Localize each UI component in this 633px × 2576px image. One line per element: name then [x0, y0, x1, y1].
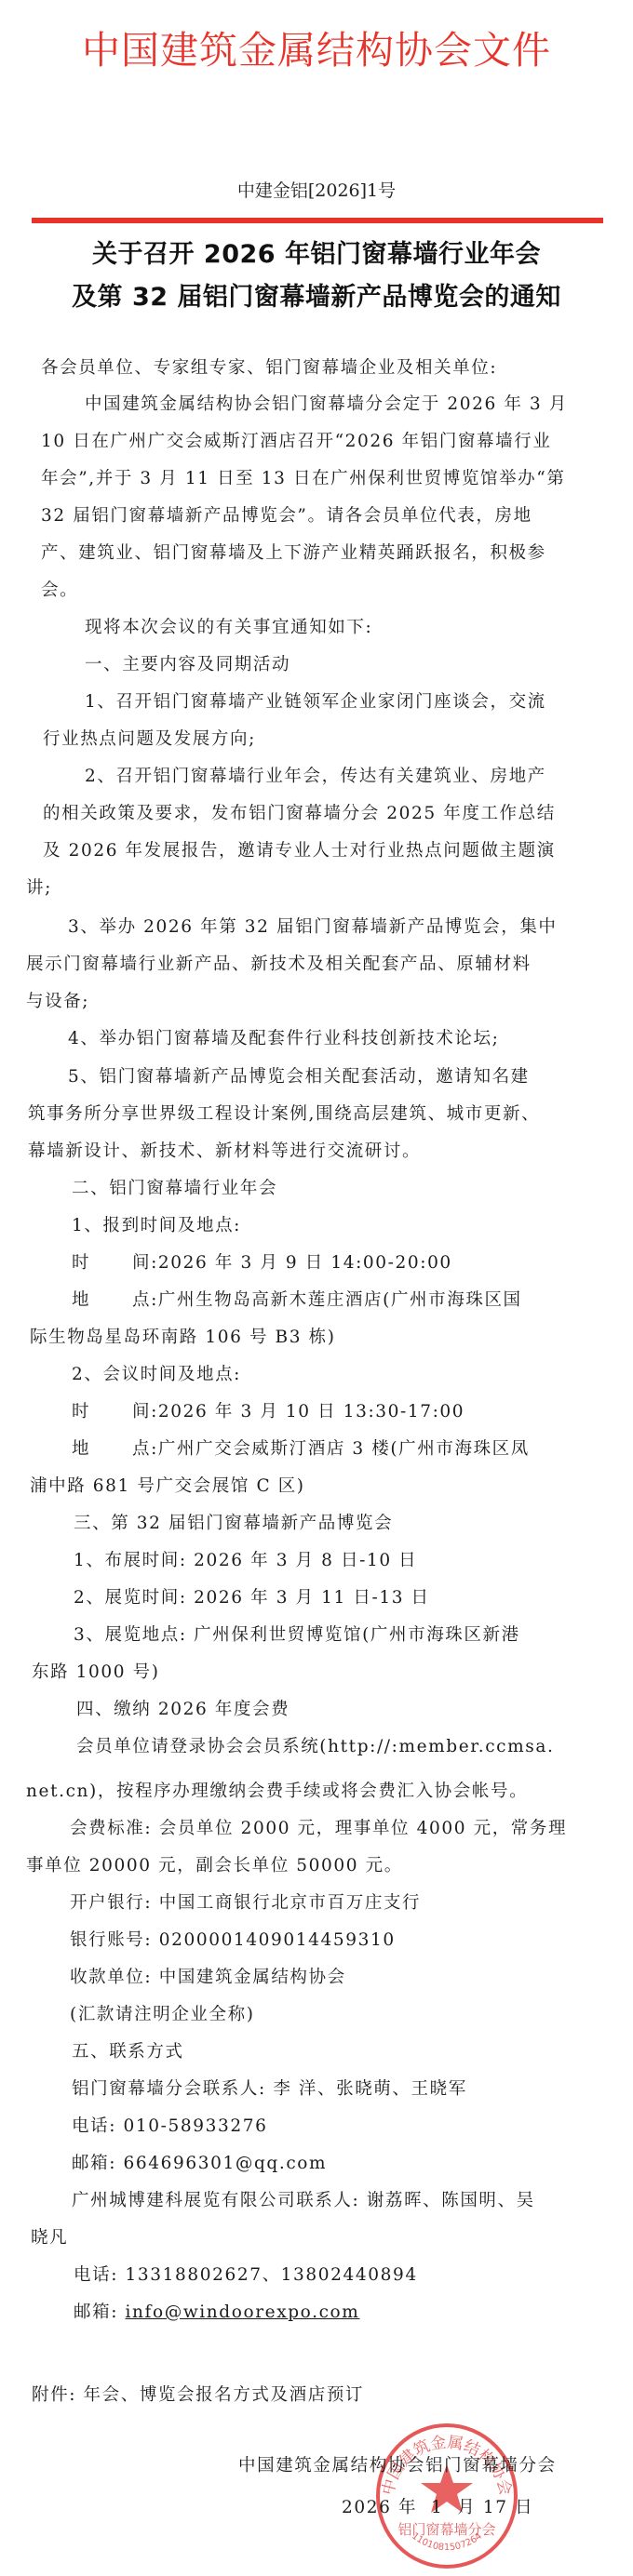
- branch-email: 邮箱: 664696301@qq.com: [72, 2150, 327, 2174]
- registration-heading: 1、报到时间及地点:: [72, 1212, 241, 1236]
- branch-email-address: 664696301@qq.com: [124, 2154, 328, 2173]
- remittance-note: (汇款请注明企业全称): [70, 2001, 255, 2025]
- intro-line: 会。: [41, 577, 78, 601]
- salutation: 各会员单位、专家组专家、铝门窗幕墙企业及相关单位:: [41, 354, 497, 379]
- member-login-line-cont: net.cn)，按程序办理缴纳会费手续或将会费汇入协会帐号。: [26, 1778, 528, 1802]
- registration-place: 地 点:广州生物岛高新木莲庄酒店(广州市海珠区国: [72, 1287, 522, 1311]
- label: 邮箱:: [74, 2302, 126, 2322]
- notice-lead: 现将本次会议的有关事宜通知如下:: [85, 614, 372, 638]
- section-4-heading: 四、缴纳 2026 年度会费: [76, 1696, 290, 1720]
- section-1-item-1: 1、召开铝门窗幕墙产业链领军企业家闭门座谈会，交流: [85, 688, 546, 713]
- member-login-line: 会员单位请登录协会会员系统(http://:member.ccmsa.: [76, 1733, 554, 1757]
- section-1-item-2-cont: 及 2026 年发展报告，邀请专业人士对行业热点问题做主题演: [43, 837, 556, 861]
- intro-line: 产、建筑业、铝门窗幕墙及上下游产业精英踊跃报名，积极参: [41, 540, 546, 564]
- section-3-heading: 三、第 32 届铝门窗幕墙新产品博览会: [74, 1510, 393, 1534]
- signature-date: 2026 年 1 月 17 日: [342, 2494, 533, 2518]
- intro-line: 年会”,并于 3 月 11 日至 13 日在广州保利世贸博览馆举办“第: [41, 465, 565, 489]
- section-1-item-2-cont: 的相关政策及要求，发布铝门窗幕墙分会 2025 年度工作总结: [43, 800, 556, 824]
- org-document-header: 中国建筑金属结构协会文件: [0, 26, 633, 74]
- meeting-time: 时 间:2026 年 3 月 10 日 13:30-17:00: [72, 1398, 465, 1422]
- section-2-heading: 二、铝门窗幕墙行业年会: [72, 1175, 277, 1199]
- section-1-item-3: 3、举办 2026 年第 32 届铝门窗幕墙新产品博览会，集中: [68, 914, 558, 938]
- label: 地 点:: [72, 1439, 158, 1459]
- payee: 收款单位: 中国建筑金属结构协会: [70, 1964, 346, 1988]
- label: 时 间:: [72, 1253, 158, 1273]
- section-1-item-3-cont: 与设备;: [26, 988, 89, 1012]
- expo-contacts-cont: 晓凡: [31, 2224, 68, 2249]
- fee-standard: 会费标准: 会员单位 2000 元，理事单位 4000 元，常务理: [70, 1815, 567, 1839]
- exhibition-venue-cont: 东路 1000 号): [32, 1659, 160, 1683]
- section-1-item-1-cont: 行业热点问题及发展方向;: [43, 726, 256, 750]
- fee-standard-cont: 事单位 20000 元，副会长单位 50000 元。: [26, 1852, 403, 1876]
- section-1-item-2-cont: 讲;: [26, 874, 52, 899]
- branch-phone: 电话: 010-58933276: [72, 2113, 267, 2137]
- intro-line: 10 日在广州广交会威斯汀酒店召开“2026 年铝门窗幕墙行业: [41, 428, 551, 452]
- meeting-heading: 2、会议时间及地点:: [72, 1361, 241, 1385]
- bank-name: 开户银行: 中国工商银行北京市百万庄支行: [70, 1889, 421, 1914]
- expo-email-link[interactable]: info@windoorexpo.com: [126, 2302, 360, 2322]
- registration-time-value: 2026 年 3 月 9 日 14:00-20:00: [158, 1253, 452, 1273]
- label: 时 间:: [72, 1402, 158, 1421]
- branch-contacts: 铝门窗幕墙分会联系人: 李 洋、张晓萌、王晓军: [72, 2075, 467, 2100]
- notice-title-line-2: 及第 32 届铝门窗幕墙新产品博览会的通知: [0, 279, 633, 316]
- registration-time-label: 时 间:2026 年 3 月 9 日 14:00-20:00: [72, 1249, 452, 1274]
- meeting-place-value: 广州广交会威斯汀酒店 3 楼(广州市海珠区凤: [158, 1439, 530, 1459]
- expo-phone: 电话: 13318802627、13802440894: [74, 2262, 418, 2286]
- meeting-place: 地 点:广州广交会威斯汀酒店 3 楼(广州市海珠区凤: [72, 1435, 530, 1460]
- notice-title-line-1: 关于召开 2026 年铝门窗幕墙行业年会: [0, 236, 633, 274]
- label: 地 点:: [72, 1290, 158, 1310]
- exhibition-venue: 3、展览地点: 广州保利世贸博览馆(广州市海珠区新港: [74, 1622, 520, 1646]
- section-1-item-5: 5、铝门窗幕墙新产品博览会相关配套活动，邀请知名建: [68, 1063, 530, 1088]
- signature-org: 中国建筑金属结构协会铝门窗幕墙分会: [238, 2452, 557, 2476]
- section-1-item-3-cont: 展示门窗幕墙行业新产品、新技术及相关配套产品、原辅材料: [26, 951, 532, 975]
- section-5-heading: 五、联系方式: [72, 2038, 184, 2062]
- bank-account: 银行账号: 0200001409014459310: [70, 1927, 396, 1951]
- setup-time: 1、布展时间: 2026 年 3 月 8 日-10 日: [74, 1547, 417, 1571]
- meeting-time-value: 2026 年 3 月 10 日 13:30-17:00: [158, 1402, 465, 1421]
- registration-place-cont: 际生物岛星岛环南路 106 号 B3 栋): [30, 1324, 336, 1348]
- document-number: 中建金铝[2026]1号: [0, 179, 633, 203]
- attachment-note: 附件: 年会、博览会报名方式及酒店预订: [32, 2382, 364, 2406]
- section-1-item-5-cont: 筑事务所分享世界级工程设计案例,围绕高层建筑、城市更新、: [28, 1101, 540, 1125]
- section-1-item-2: 2、召开铝门窗幕墙行业年会，传达有关建筑业、房地产: [85, 763, 546, 787]
- section-1-item-5-cont: 幕墙新设计、新技术、新材料等进行交流研讨。: [28, 1138, 421, 1162]
- intro-line: 32 届铝门窗幕墙新产品博览会”。请各会员单位代表，房地: [41, 502, 532, 527]
- exhibition-time: 2、展览时间: 2026 年 3 月 11 日-13 日: [74, 1584, 430, 1608]
- red-divider: [32, 218, 603, 223]
- expo-email: 邮箱: info@windoorexpo.com: [74, 2299, 359, 2323]
- label: 邮箱:: [72, 2154, 124, 2173]
- registration-place-value: 广州生物岛高新木莲庄酒店(广州市海珠区国: [158, 1290, 522, 1310]
- section-1-item-4: 4、举办铝门窗幕墙及配套件行业科技创新技术论坛;: [68, 1025, 499, 1049]
- expo-contacts: 广州城博建科展览有限公司联系人: 谢荔晖、陈国明、吴: [72, 2187, 535, 2211]
- section-1-heading: 一、主要内容及同期活动: [85, 651, 290, 675]
- intro-line: 中国建筑金属结构协会铝门窗幕墙分会定于 2026 年 3 月: [85, 391, 568, 415]
- meeting-place-cont: 浦中路 681 号广交会展馆 C 区): [30, 1473, 305, 1497]
